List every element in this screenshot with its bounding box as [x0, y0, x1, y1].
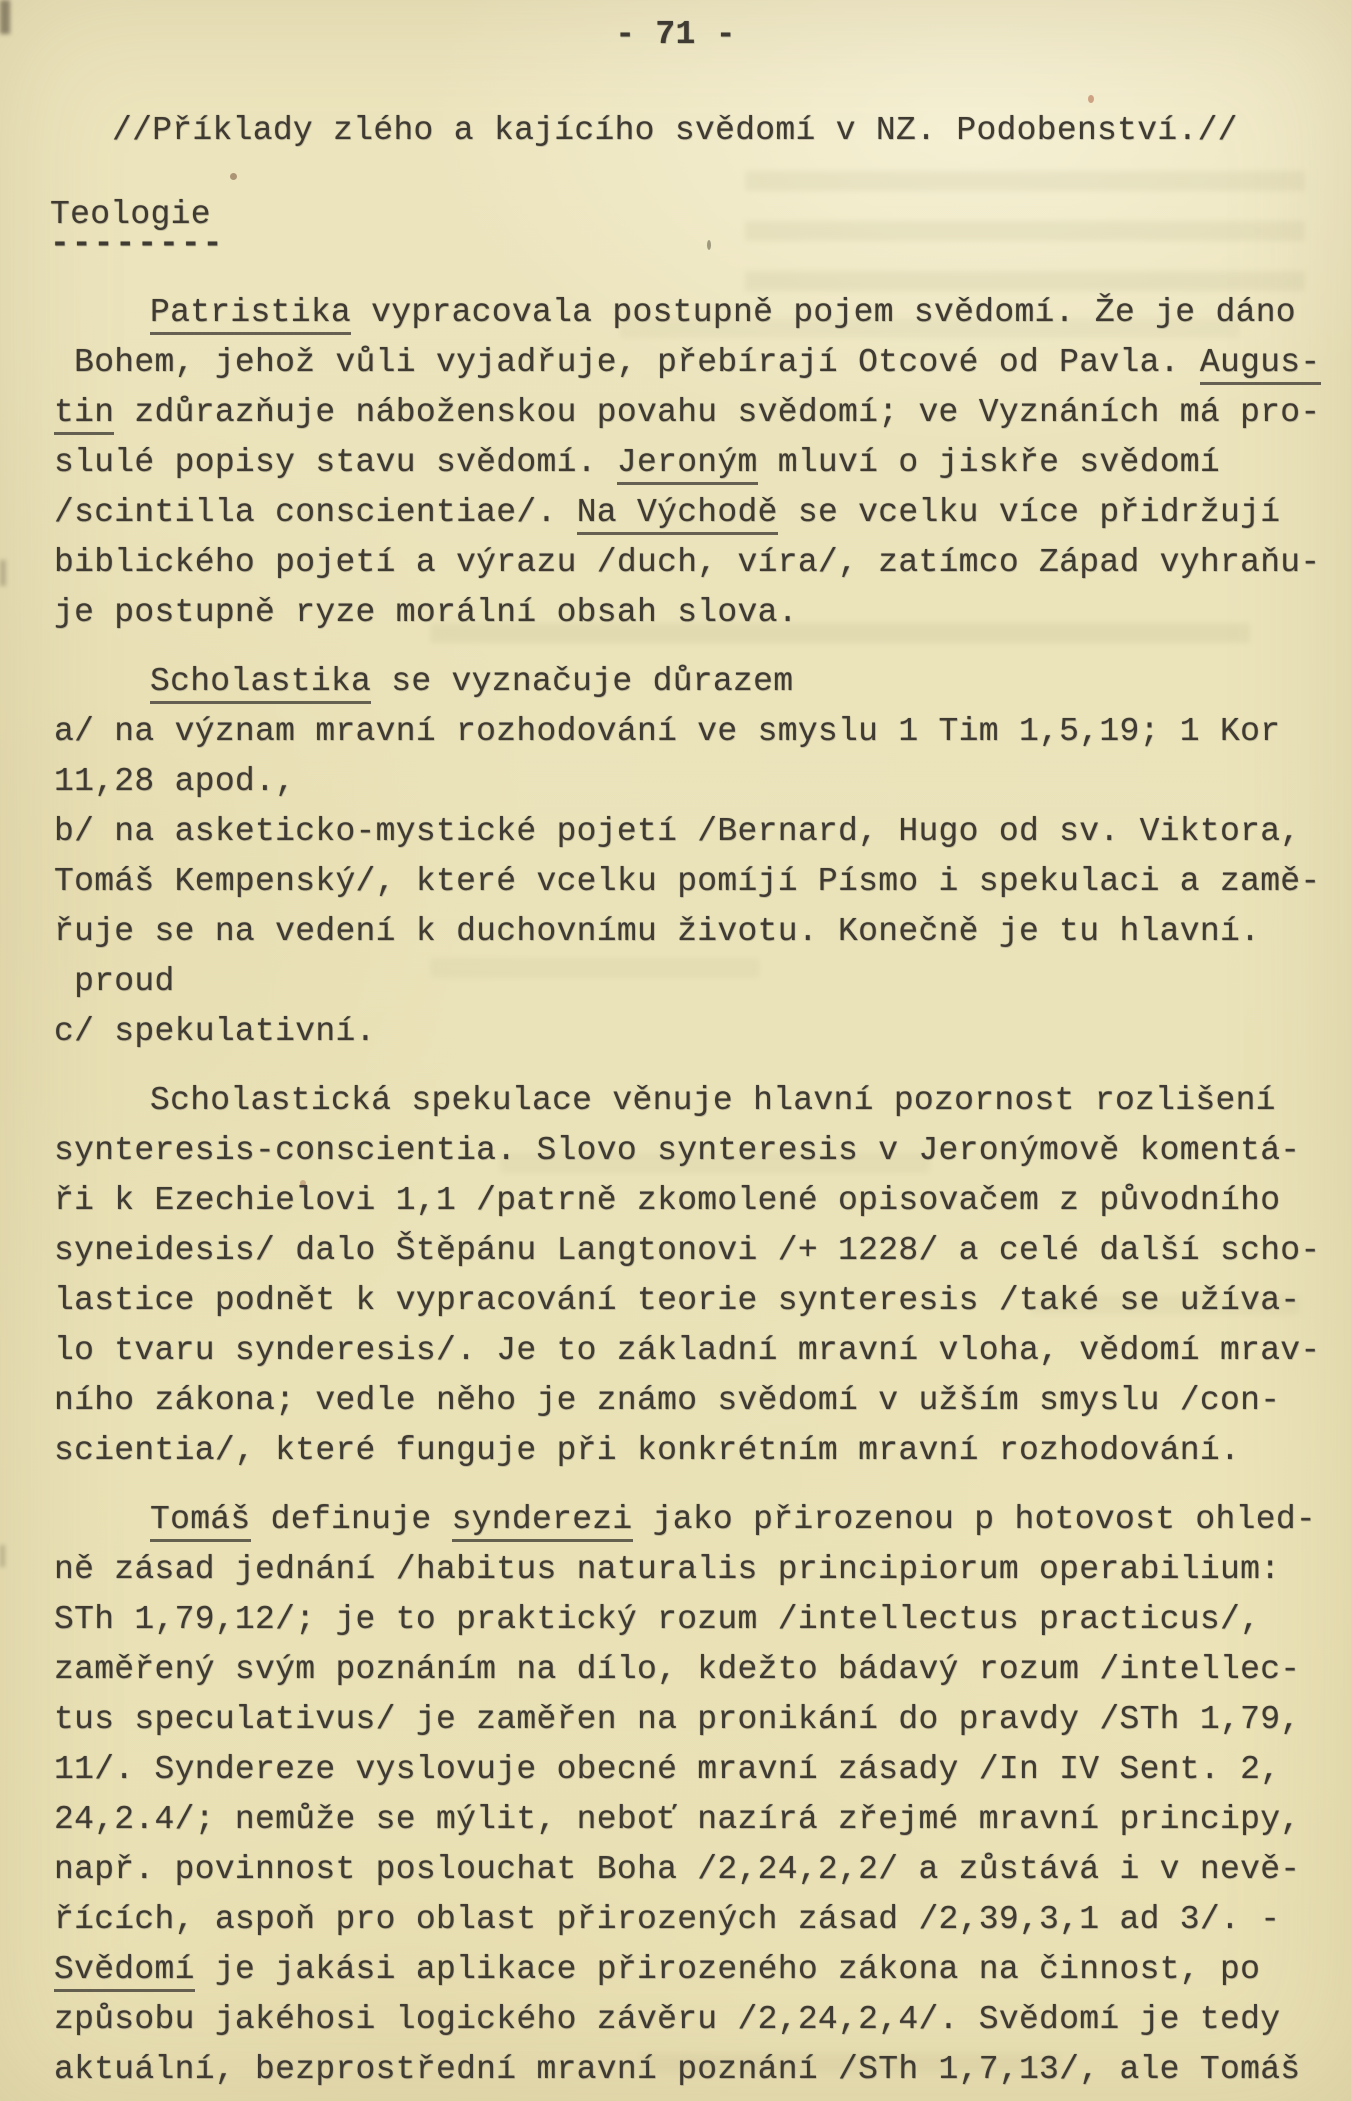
document-body: Patristika vypracovala postupně pojem sv…: [54, 288, 1321, 2095]
text-line: Bohem, jehož vůli vyjadřuje, přebírají O…: [54, 338, 1321, 388]
text-segment: řuje se na vedení k duchovnímu životu. K…: [54, 913, 1260, 950]
text-line: 11/. Syndereze vyslovuje obecné mravní z…: [54, 1745, 1321, 1795]
paper-speck: [707, 240, 711, 250]
text-segment: definuje: [251, 1501, 452, 1538]
text-line: synteresis-conscientia. Slovo synteresis…: [54, 1126, 1321, 1176]
text-line: Svědomí je jakási aplikace přirozeného z…: [54, 1945, 1321, 1995]
text-line: STh 1,79,12/; je to praktický rozum /int…: [54, 1595, 1321, 1645]
text-segment: jako přirozenou p hotovost ohled-: [633, 1501, 1317, 1538]
text-segment: je postupně ryze morální obsah slova.: [54, 594, 798, 631]
text-segment: b/ na asketicko-mystické pojetí /Bernard…: [54, 813, 1300, 850]
inserted-note: //Příklady zlého a kajícího svědomí v NZ…: [112, 112, 1238, 149]
text-segment: 11/. Syndereze vyslovuje obecné mravní z…: [54, 1751, 1280, 1788]
text-line: Patristika vypracovala postupně pojem sv…: [54, 288, 1321, 338]
text-segment: c/ spekulativní.: [54, 1013, 376, 1050]
paragraph: Tomáš definuje synderezi jako přirozenou…: [54, 1495, 1321, 2095]
text-segment: Bohem, jehož vůli vyjadřuje, přebírají O…: [54, 344, 1200, 381]
text-segment: vypracovala postupně pojem svědomí. Že j…: [351, 294, 1296, 331]
underlined-term: Jeroným: [617, 444, 758, 485]
text-line: tin zdůrazňuje náboženskou povahu svědom…: [54, 388, 1321, 438]
text-line: tus speculativus/ je zaměřen na pronikán…: [54, 1695, 1321, 1745]
edge-mark: [0, 560, 6, 586]
text-line: proud: [54, 957, 1321, 1007]
text-segment: lastice podnět k vypracování teorie synt…: [54, 1282, 1300, 1319]
underlined-term: tin: [54, 394, 114, 435]
text-segment: se vyznačuje důrazem: [371, 663, 793, 700]
text-line: ně zásad jednání /habitus naturalis prin…: [54, 1545, 1321, 1595]
text-line: Tomáš definuje synderezi jako přirozenou…: [54, 1495, 1321, 1545]
text-segment: aktuální, bezprostřední mravní poznání /…: [54, 2051, 1300, 2088]
text-segment: zaměřený svým poznáním na dílo, kdežto b…: [54, 1651, 1300, 1688]
text-line: Scholastika se vyznačuje důrazem: [54, 657, 1321, 707]
text-line: lo tvaru synderesis/. Je to základní mra…: [54, 1326, 1321, 1376]
underlined-term: Svědomí: [54, 1951, 195, 1992]
text-segment: 24,2.4/; nemůže se mýlit, neboť nazírá z…: [54, 1801, 1300, 1838]
text-segment: lo tvaru synderesis/. Je to základní mra…: [54, 1332, 1321, 1369]
bleedthrough-smudge: [745, 158, 1305, 308]
text-line: Scholastická spekulace věnuje hlavní poz…: [54, 1076, 1321, 1126]
text-line: syneidesis/ dalo Štěpánu Langtonovi /+ 1…: [54, 1226, 1321, 1276]
section-heading: Teologie --------: [50, 196, 224, 254]
text-segment: se vcelku více přidržují: [778, 494, 1281, 531]
underlined-term: Na Východě: [577, 494, 778, 535]
text-line: ři k Ezechielovi 1,1 /patrně zkomolené o…: [54, 1176, 1321, 1226]
text-segment: ři k Ezechielovi 1,1 /patrně zkomolené o…: [54, 1182, 1280, 1219]
text-segment: /scintilla conscientiae/.: [54, 494, 577, 531]
underlined-term: Tomáš: [150, 1501, 251, 1542]
text-line: je postupně ryze morální obsah slova.: [54, 588, 1321, 638]
text-segment: řících, aspoň pro oblast přirozených zás…: [54, 1901, 1280, 1938]
text-segment: Tomáš Kempenský/, které vcelku pomíjí Pí…: [54, 863, 1321, 900]
text-segment: mluví o jiskře svědomí: [758, 444, 1220, 481]
text-segment: např. povinnost poslouchat Boha /2,24,2,…: [54, 1851, 1300, 1888]
text-line: řících, aspoň pro oblast přirozených zás…: [54, 1895, 1321, 1945]
text-line: lastice podnět k vypracování teorie synt…: [54, 1276, 1321, 1326]
text-segment: zdůrazňuje náboženskou povahu svědomí; v…: [114, 394, 1320, 431]
text-line: způsobu jakéhosi logického závěru /2,24,…: [54, 1995, 1321, 2045]
text-line: /scintilla conscientiae/. Na Východě se …: [54, 488, 1321, 538]
underlined-term: Scholastika: [150, 663, 371, 704]
scanned-document-page: - 71 - //Příklady zlého a kajícího svědo…: [0, 0, 1351, 2101]
text-line: např. povinnost poslouchat Boha /2,24,2,…: [54, 1845, 1321, 1895]
paragraph: Scholastika se vyznačuje důrazem a/ na v…: [54, 657, 1321, 1057]
text-segment: scientia/, které funguje při konkrétním …: [54, 1432, 1240, 1469]
text-line: biblického pojetí a výrazu /duch, víra/,…: [54, 538, 1321, 588]
text-line: Tomáš Kempenský/, které vcelku pomíjí Pí…: [54, 857, 1321, 907]
underlined-term: Patristika: [150, 294, 351, 335]
text-line: aktuální, bezprostřední mravní poznání /…: [54, 2045, 1321, 2095]
text-segment: slulé popisy stavu svědomí.: [54, 444, 617, 481]
text-segment: 11,28 apod.,: [54, 763, 295, 800]
text-segment: je jakási aplikace přirozeného zákona na…: [195, 1951, 1260, 1988]
text-segment: ně zásad jednání /habitus naturalis prin…: [54, 1551, 1280, 1588]
text-line: řuje se na vedení k duchovnímu životu. K…: [54, 907, 1321, 957]
text-line: c/ spekulativní.: [54, 1007, 1321, 1057]
edge-mark: [0, 1545, 5, 1567]
text-segment: STh 1,79,12/; je to praktický rozum /int…: [54, 1601, 1260, 1638]
text-segment: syneidesis/ dalo Štěpánu Langtonovi /+ 1…: [54, 1232, 1321, 1269]
text-segment: způsobu jakéhosi logického závěru /2,24,…: [54, 2001, 1280, 2038]
page-number: - 71 -: [0, 16, 1351, 53]
underlined-term: synderezi: [452, 1501, 633, 1542]
text-segment: synteresis-conscientia. Slovo synteresis…: [54, 1132, 1300, 1169]
paper-speck: [230, 173, 237, 180]
text-line: ního zákona; vedle něho je známo svědomí…: [54, 1376, 1321, 1426]
paragraph: Patristika vypracovala postupně pojem sv…: [54, 288, 1321, 638]
text-line: slulé popisy stavu svědomí. Jeroným mluv…: [54, 438, 1321, 488]
text-line: zaměřený svým poznáním na dílo, kdežto b…: [54, 1645, 1321, 1695]
text-segment: Scholastická spekulace věnuje hlavní poz…: [150, 1082, 1276, 1119]
text-segment: ního zákona; vedle něho je známo svědomí…: [54, 1382, 1280, 1419]
text-line: scientia/, které funguje při konkrétním …: [54, 1426, 1321, 1476]
section-heading-underline: --------: [50, 234, 224, 254]
text-line: a/ na význam mravní rozhodování ve smysl…: [54, 707, 1321, 757]
text-line: b/ na asketicko-mystické pojetí /Bernard…: [54, 807, 1321, 857]
paragraph: Scholastická spekulace věnuje hlavní poz…: [54, 1076, 1321, 1476]
text-segment: a/ na význam mravní rozhodování ve smysl…: [54, 713, 1280, 750]
text-line: 24,2.4/; nemůže se mýlit, neboť nazírá z…: [54, 1795, 1321, 1845]
text-segment: tus speculativus/ je zaměřen na pronikán…: [54, 1701, 1300, 1738]
paper-speck: [1088, 95, 1094, 103]
text-line: 11,28 apod.,: [54, 757, 1321, 807]
underlined-term: Augus-: [1200, 344, 1321, 385]
text-segment: biblického pojetí a výrazu /duch, víra/,…: [54, 544, 1321, 581]
text-segment: proud: [54, 963, 175, 1000]
